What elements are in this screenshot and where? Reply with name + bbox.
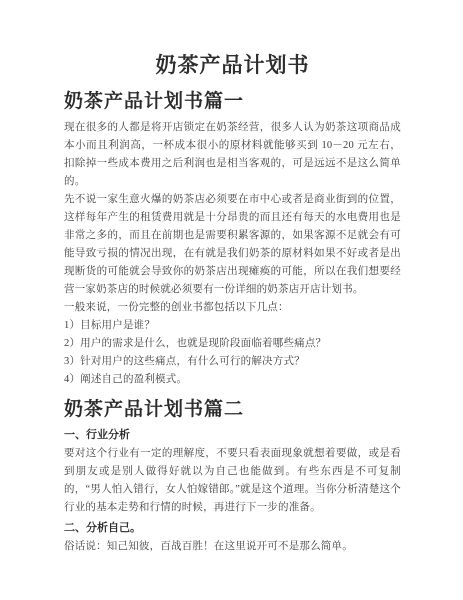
document-page: 奶茶产品计划书 奶茶产品计划书篇一 现在很多的人都是将开店锁定在奶茶经营，很多人… [0,0,463,600]
list-item: 2）用户的需求是什么，也就是现阶段面临着哪些痛点？ [64,335,401,353]
section-one-body: 现在很多的人都是将开店锁定在奶茶经营，很多人认为奶茶这项商品成本小而且利润高，一… [64,119,401,317]
subsection-heading-self-analysis: 二、分析自己。 [64,520,401,536]
list-item: 3）针对用户的这些痛点，有什么可行的解决方式？ [64,353,401,371]
subsection-body: 俗话说：知己知彼，百战百胜！在这里说开可不是那么简单。 [64,538,401,556]
section-one-heading: 奶茶产品计划书篇一 [64,91,401,113]
paragraph: 俗话说：知己知彼，百战百胜！在这里说开可不是那么简单。 [64,538,401,556]
plan-points-list: 1）目标用户是谁？ 2）用户的需求是什么，也就是现阶段面临着哪些痛点？ 3）针对… [64,317,401,389]
paragraph: 一般来说，一份完整的创业书都包括以下几点： [64,299,401,317]
section-two: 奶茶产品计划书篇二 一、行业分析 要对这个行业有一定的理解度，不要只看表面现象就… [64,399,401,556]
paragraph: 先不说一家生意火爆的奶茶店必须要在市中心或者是商业街到的位置，这样每年产生的租赁… [64,191,401,299]
subsection-body: 要对这个行业有一定的理解度，不要只看表面现象就想着要做，或是看到朋友或是别人做得… [64,445,401,517]
list-item: 4）阐述自己的盈利模式。 [64,371,401,389]
paragraph: 要对这个行业有一定的理解度，不要只看表面现象就想着要做，或是看到朋友或是别人做得… [64,445,401,517]
subsection-heading-industry-analysis: 一、行业分析 [64,427,401,443]
list-item: 1）目标用户是谁？ [64,317,401,335]
section-one: 奶茶产品计划书篇一 现在很多的人都是将开店锁定在奶茶经营，很多人认为奶茶这项商品… [64,91,401,389]
paragraph: 现在很多的人都是将开店锁定在奶茶经营，很多人认为奶茶这项商品成本小而且利润高，一… [64,119,401,191]
section-two-heading: 奶茶产品计划书篇二 [64,399,401,421]
page-title: 奶茶产品计划书 [64,52,401,78]
